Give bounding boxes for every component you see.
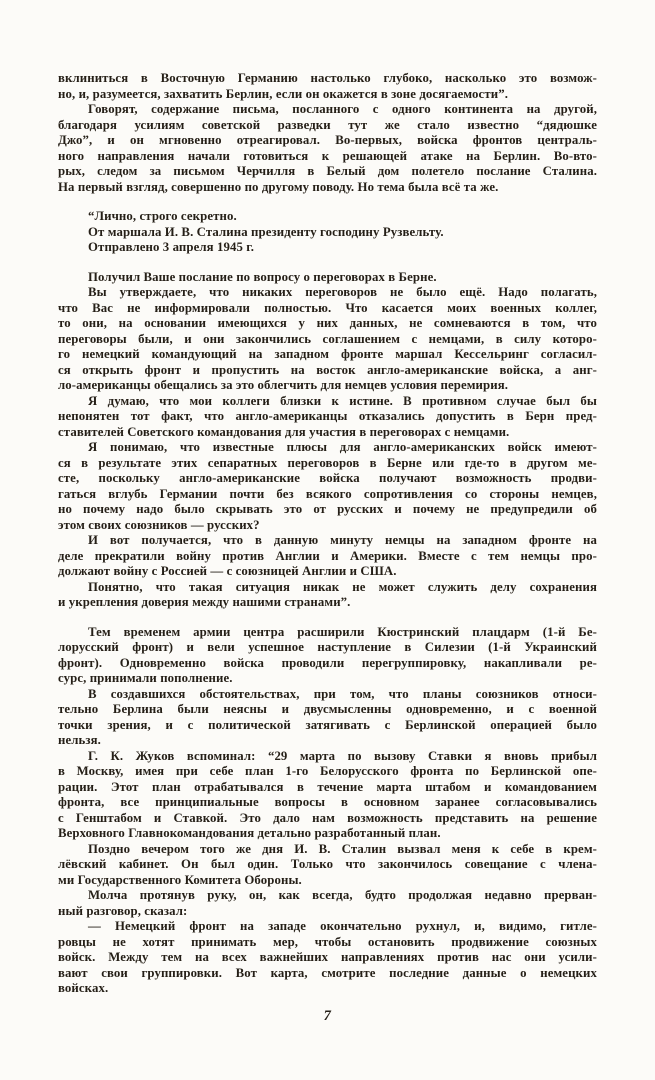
text-line: нельзя.	[58, 733, 597, 749]
text-line: Я думаю, что мои коллеги близки к истине…	[58, 394, 597, 410]
text-line: ного направления начали готовиться к реш…	[58, 149, 597, 165]
paragraph: вклиниться в Восточную Германию настольк…	[58, 71, 597, 102]
text-line: ровцы не хотят принимать мер, чтобы оста…	[58, 935, 597, 951]
text-line: ный разговор, сказал:	[58, 904, 597, 920]
text-line: Поздно вечером того же дня И. В. Сталин …	[58, 842, 597, 858]
book-page: вклиниться в Восточную Германию настольк…	[0, 0, 655, 1080]
text-line: сурс, принимали пополнение.	[58, 671, 597, 687]
paragraph: И вот получается, что в данную минуту не…	[58, 533, 597, 580]
text-line: точки зрения, и с политической затягиват…	[58, 718, 597, 734]
text-line: Г. К. Жуков вспоминал: “29 марта по вызо…	[58, 749, 597, 765]
paragraph: В создавшихся обстоятельствах, при том, …	[58, 687, 597, 749]
text-line: Тем временем армии центра расширили Кюст…	[58, 625, 597, 641]
text-line: благодаря усилиям советской разведки тут…	[58, 118, 597, 134]
text-line: И вот получается, что в данную минуту не…	[58, 533, 597, 549]
text-line: лёвский кабинет. Он был один. Только что…	[58, 857, 597, 873]
text-line: гаться вглубь Германии почти без всякого…	[58, 487, 597, 503]
page-text-block: вклиниться в Восточную Германию настольк…	[58, 71, 597, 1024]
text-line: тельно Берлина были неясны и двусмысленн…	[58, 702, 597, 718]
text-line: этом своих союзников — русских?	[58, 518, 597, 534]
text-line: и укрепления доверия между нашими страна…	[58, 595, 597, 611]
paragraph-list: вклиниться в Восточную Германию настольк…	[58, 71, 597, 997]
text-line: рых, следом за письмом Черчилля в Белый …	[58, 164, 597, 180]
text-line: ся открыть фронт и пропустить на восток …	[58, 363, 597, 379]
text-line: войсках.	[58, 981, 597, 997]
text-line: что Вас не информировали полностью. Что …	[58, 301, 597, 317]
paragraph: — Немецкий фронт на западе окончательно …	[58, 919, 597, 997]
paragraph: Г. К. Жуков вспоминал: “29 марта по вызо…	[58, 749, 597, 842]
text-line: но почему надо было скрывать это от русс…	[58, 502, 597, 518]
text-line: сте, поскольку англо-американские войска…	[58, 471, 597, 487]
text-line: Понятно, что такая ситуация никак не мож…	[58, 580, 597, 596]
text-line: Вы утверждаете, что никаких переговоров …	[58, 285, 597, 301]
text-line: фронта, все принципиальные вопросы в осн…	[58, 795, 597, 811]
text-line: но, и, разумеется, захватить Берлин, есл…	[58, 87, 597, 103]
text-line: Верховного Главнокомандования детально р…	[58, 826, 597, 842]
text-line: Я понимаю, что известные плюсы для англо…	[58, 440, 597, 456]
text-line: На первый взгляд, совершенно по другому …	[58, 180, 597, 196]
text-line: вклиниться в Восточную Германию настольк…	[58, 71, 597, 87]
text-line: “Лично, строго секретно.	[58, 209, 597, 225]
text-line: От маршала И. В. Сталина президенту госп…	[58, 225, 597, 241]
text-line: вают свои группировки. Вот карта, смотри…	[58, 966, 597, 982]
text-line: в Москву, имея при себе план 1-го Белору…	[58, 764, 597, 780]
text-line: с Генштабом и Ставкой. Это дало нам возм…	[58, 811, 597, 827]
text-line: деле прекратили войну против Англии и Ам…	[58, 549, 597, 565]
text-line: Получил Ваше послание по вопросу о перег…	[58, 270, 597, 286]
text-line: го немецкий командующий на западном фрон…	[58, 347, 597, 363]
paragraph: Говорят, содержание письма, посланного с…	[58, 102, 597, 195]
text-line: непонятен тот факт, что англо-американцы…	[58, 409, 597, 425]
text-line: Молча протянув руку, он, как всегда, буд…	[58, 888, 597, 904]
text-line: Джо”, и он мгновенно отреагировал. Во-пе…	[58, 133, 597, 149]
text-line: фронт). Одновременно войска проводили пе…	[58, 656, 597, 672]
text-line: должают войну с Россией — с союзницей Ан…	[58, 564, 597, 580]
text-line: рации. Этот план отрабатывался в течение…	[58, 780, 597, 796]
text-line: лорусский фронт) и вели успешное наступл…	[58, 640, 597, 656]
text-line: — Немецкий фронт на западе окончательно …	[58, 919, 597, 935]
paragraph: Молча протянув руку, он, как всегда, буд…	[58, 888, 597, 919]
paragraph: “Лично, строго секретно.От маршала И. В.…	[58, 209, 597, 256]
text-line: ся в результате этих сепаратных перегово…	[58, 456, 597, 472]
text-line: ставителей Советского командования для у…	[58, 425, 597, 441]
paragraph: Тем временем армии центра расширили Кюст…	[58, 625, 597, 687]
paragraph: Вы утверждаете, что никаких переговоров …	[58, 285, 597, 394]
text-line: переговоры были, и они закончились согла…	[58, 332, 597, 348]
paragraph: Получил Ваше послание по вопросу о перег…	[58, 270, 597, 286]
paragraph: Поздно вечером того же дня И. В. Сталин …	[58, 842, 597, 889]
text-line: Отправлено 3 апреля 1945 г.	[58, 240, 597, 256]
text-line: ло-американцы обещались за это облегчить…	[58, 378, 597, 394]
page-number: 7	[58, 1009, 597, 1025]
paragraph: Я понимаю, что известные плюсы для англо…	[58, 440, 597, 533]
text-line: В создавшихся обстоятельствах, при том, …	[58, 687, 597, 703]
paragraph: Понятно, что такая ситуация никак не мож…	[58, 580, 597, 611]
text-line: войск. Между тем на всех важнейших напра…	[58, 950, 597, 966]
text-line: то они, на основании имеющихся у них дан…	[58, 316, 597, 332]
text-line: Говорят, содержание письма, посланного с…	[58, 102, 597, 118]
paragraph: Я думаю, что мои коллеги близки к истине…	[58, 394, 597, 441]
text-line: ми Государственного Комитета Обороны.	[58, 873, 597, 889]
